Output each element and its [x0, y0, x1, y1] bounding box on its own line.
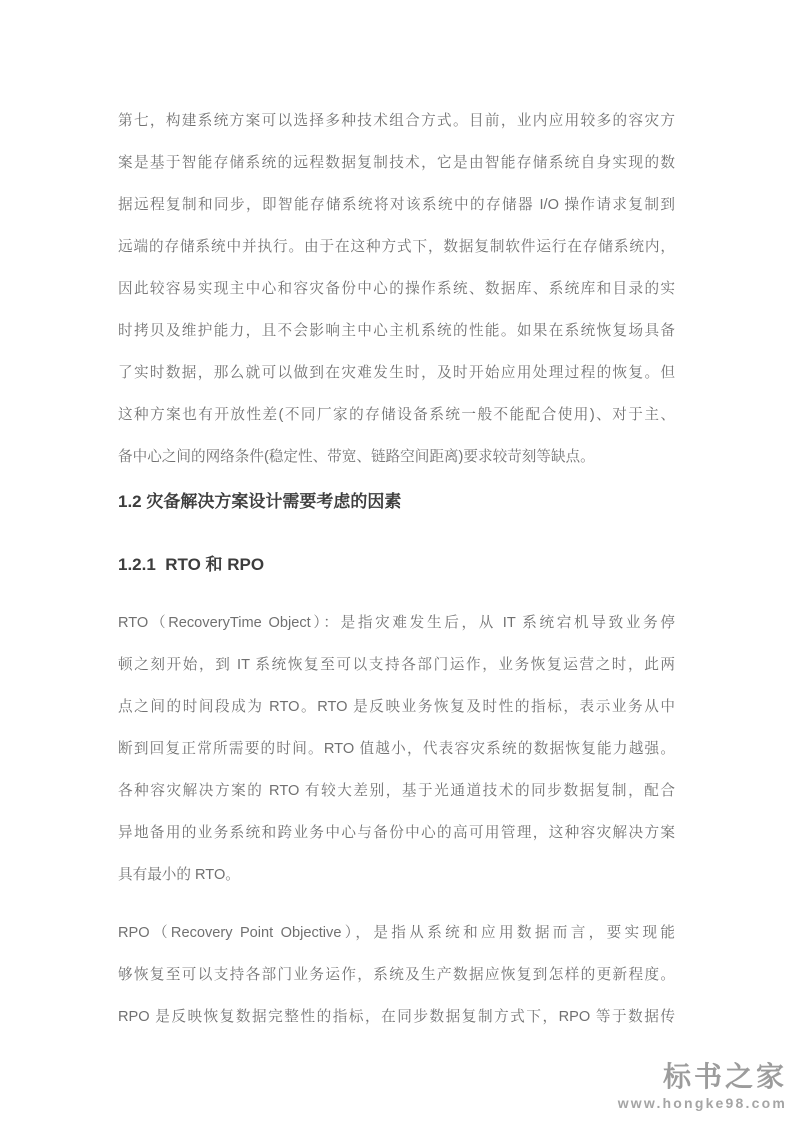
- paragraph-line: RPO（Recovery Point Objective），是指从系统和应用数据…: [118, 912, 675, 954]
- paragraph-line: 第七，构建系统方案可以选择多种技术组合方式。目前，业内应用较多的容灾方: [118, 100, 675, 142]
- paragraph-rto-definition: RTO（RecoveryTime Object）：是指灾难发生后，从 IT 系统…: [118, 602, 675, 896]
- paragraph-line: 因此较容易实现主中心和容灾备份中心的操作系统、数据库、系统库和目录的实: [118, 268, 675, 310]
- paragraph-line: 了实时数据，那么就可以做到在灾难发生时，及时开始应用处理过程的恢复。但: [118, 352, 675, 394]
- paragraph-storage-replication: 第七，构建系统方案可以选择多种技术组合方式。目前，业内应用较多的容灾方 案是基于…: [118, 100, 675, 478]
- paragraph-line: 具有最小的 RTO。: [118, 854, 675, 896]
- paragraph-line: 断到回复正常所需要的时间。RTO 值越小，代表容灾系统的数据恢复能力越强。: [118, 728, 675, 770]
- site-watermark: 标书之家 www.hongke98.com: [618, 1060, 787, 1111]
- document-page: 第七，构建系统方案可以选择多种技术组合方式。目前，业内应用较多的容灾方 案是基于…: [0, 0, 793, 1122]
- paragraph-line: 远端的存储系统中并执行。由于在这种方式下，数据复制软件运行在存储系统内，: [118, 226, 675, 268]
- paragraph-line: 异地备用的业务系统和跨业务中心与备份中心的高可用管理，这种容灾解决方案: [118, 812, 675, 854]
- paragraph-line: 时拷贝及维护能力，且不会影响主中心主机系统的性能。如果在系统恢复场具备: [118, 310, 675, 352]
- paragraph-line: 这种方案也有开放性差(不同厂家的存储设备系统一般不能配合使用)、对于主、: [118, 394, 675, 436]
- paragraph-line: 据远程复制和同步，即智能存储系统将对该系统中的存储器 I/O 操作请求复制到: [118, 184, 675, 226]
- paragraph-line: RPO 是反映恢复数据完整性的指标，在同步数据复制方式下，RPO 等于数据传: [118, 996, 675, 1038]
- subsection-heading: 1.2.1 RTO 和 RPO: [118, 552, 675, 578]
- paragraph-line: 够恢复至可以支持各部门业务运作，系统及生产数据应恢复到怎样的更新程度。: [118, 954, 675, 996]
- paragraph-line: 各种容灾解决方案的 RTO 有较大差别，基于光通道技术的同步数据复制，配合: [118, 770, 675, 812]
- paragraph-line: 点之间的时间段成为 RTO。RTO 是反映业务恢复及时性的指标，表示业务从中: [118, 686, 675, 728]
- paragraph-line: RTO（RecoveryTime Object）：是指灾难发生后，从 IT 系统…: [118, 602, 675, 644]
- paragraph-rpo-definition: RPO（Recovery Point Objective），是指从系统和应用数据…: [118, 912, 675, 1038]
- paragraph-line: 备中心之间的网络条件(稳定性、带宽、链路空间距离)要求较苛刻等缺点。: [118, 436, 675, 478]
- section-heading: 1.2 灾备解决方案设计需要考虑的因素: [118, 489, 675, 515]
- watermark-url: www.hongke98.com: [618, 1095, 787, 1111]
- paragraph-line: 案是基于智能存储系统的远程数据复制技术，它是由智能存储系统自身实现的数: [118, 142, 675, 184]
- paragraph-line: 顿之刻开始，到 IT 系统恢复至可以支持各部门运作，业务恢复运营之时，此两: [118, 644, 675, 686]
- watermark-logo-text: 标书之家: [618, 1060, 787, 1094]
